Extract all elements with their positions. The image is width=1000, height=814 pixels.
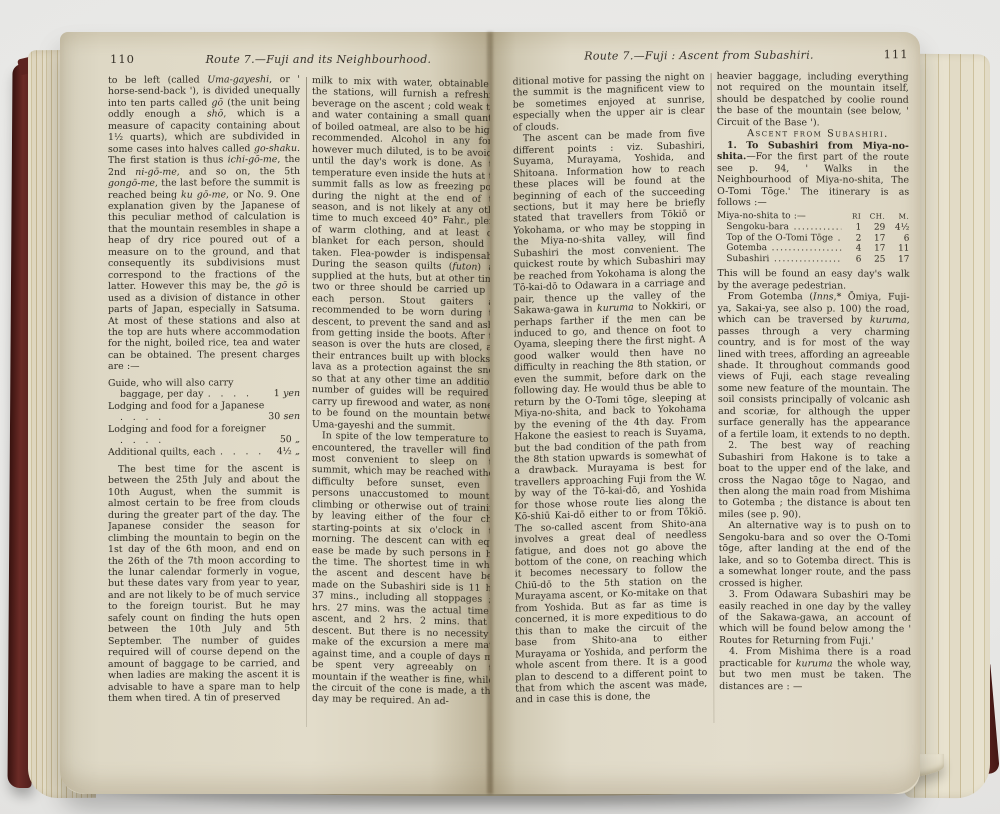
itinerary-place: Top of the O-Tomi Tōge	[717, 233, 841, 244]
page-110-content: 110 Route 7.—Fuji and its Neighbourhood.…	[108, 52, 504, 737]
itinerary-ri: 2	[843, 233, 861, 244]
paragraph: 1. To Subashiri from Miya-no-shita.—For …	[717, 140, 909, 210]
paragraph: 3. From Odawara Subashiri may be easily …	[719, 589, 911, 647]
column-rule	[710, 73, 714, 723]
running-title-left: Route 7.—Fuji and its Neighbourhood.	[135, 53, 502, 66]
charge-label: Guide, who will also carry baggage, per …	[108, 377, 271, 401]
book: 110 Route 7.—Fuji and its Neighbourhood.…	[8, 22, 992, 800]
paragraph: to be left (called Uma-gayeshi, or ' hor…	[108, 74, 300, 373]
charge-row: Guide, who will also carry baggage, per …	[108, 377, 300, 401]
page-111-columns: ditional motive for passing the night on…	[513, 70, 914, 734]
itinerary-label-header: Miya-no-shita to :—	[717, 211, 841, 222]
page-number-left: 110	[110, 52, 135, 66]
paragraph: ditional motive for passing the night on…	[513, 71, 705, 134]
charges-list: Guide, who will also carry baggage, per …	[108, 377, 300, 458]
itinerary-place: Gotemba	[717, 243, 841, 254]
page-number-right: 111	[884, 47, 909, 61]
paragraph: 2. The best way of reaching Subashiri fr…	[718, 440, 910, 521]
itinerary-table: Miya-no-shita to :— RI CH. M. Sengoku-ba…	[717, 211, 909, 265]
page-110-column-1: to be left (called Uma-gayeshi, or ' hor…	[108, 74, 300, 737]
open-pages: 110 Route 7.—Fuji and its Neighbourhood.…	[60, 32, 920, 794]
itinerary-ch: 29	[863, 223, 885, 234]
paragraph: From Gotemba (Inns,* Ōmiya, Fuji-ya, Sak…	[718, 291, 911, 441]
itinerary-ri: 6	[843, 254, 861, 265]
itinerary-col-ch: CH.	[863, 212, 885, 223]
page-111-column-1: ditional motive for passing the night on…	[513, 71, 708, 739]
itinerary-row: Gotemba 4 17 11	[717, 243, 909, 254]
charge-row: Lodging and food for a Japanese 30 sen	[108, 400, 300, 424]
itinerary-m: 11	[887, 244, 909, 255]
page-111: Route 7.—Fuji : Ascent from Subashiri. 1…	[490, 32, 920, 794]
itinerary-place: Sengoku-bara	[717, 222, 841, 233]
charge-label: Lodging and food for a Japanese	[108, 400, 265, 424]
charge-unit: sen	[284, 411, 300, 422]
paragraph: heavier baggage, including everything no…	[717, 71, 909, 129]
page-110-columns: to be left (called Uma-gayeshi, or ' hor…	[108, 75, 504, 737]
page-110-column-2: milk to mix with water, obtainable at th…	[312, 75, 504, 741]
page-110-header: 110 Route 7.—Fuji and its Neighbourhood.	[110, 52, 502, 66]
running-title-right: Route 7.—Fuji : Ascent from Subashiri.	[515, 48, 884, 63]
page-111-header: Route 7.—Fuji : Ascent from Subashiri. 1…	[515, 47, 909, 63]
itinerary-m: 4½	[887, 223, 909, 234]
charge-unit: „	[295, 445, 300, 456]
itinerary-ch: 17	[863, 233, 885, 244]
charge-unit: „	[295, 434, 300, 445]
itinerary-row: Top of the O-Tomi Tōge 2 17 6	[717, 233, 909, 244]
itinerary-ch: 17	[863, 244, 885, 255]
page-111-content: Route 7.—Fuji : Ascent from Subashiri. 1…	[513, 47, 914, 734]
charge-value: 30	[268, 411, 280, 422]
paragraph: The ascent can be made from five differe…	[513, 128, 707, 706]
itinerary-row: Sengoku-bara 1 29 4½	[717, 222, 909, 233]
paragraph: This will be found an easy day's walk by…	[717, 268, 909, 292]
itinerary-col-m: M.	[887, 212, 909, 223]
charge-unit: yen	[283, 388, 300, 399]
paragraph: The best time for the ascent is between …	[108, 463, 300, 705]
photo-background: 110 Route 7.—Fuji and its Neighbourhood.…	[0, 0, 1000, 814]
column-rule	[306, 77, 307, 727]
itinerary-place: Subashiri	[717, 254, 841, 265]
itinerary-m: 17	[887, 255, 909, 266]
paragraph: In spite of the low temperature to be en…	[312, 430, 504, 709]
itinerary-col-ri: RI	[843, 212, 861, 223]
page-111-column-2: heavier baggage, including everything no…	[717, 71, 912, 734]
itinerary-ch: 25	[863, 254, 885, 265]
itinerary-ri: 4	[843, 244, 861, 255]
page-110: 110 Route 7.—Fuji and its Neighbourhood.…	[60, 32, 490, 794]
itinerary-m: 6	[887, 233, 909, 244]
charge-label: Lodging and food for a foreigner	[108, 423, 277, 447]
paragraph: 4. From Mishima there is a road practica…	[719, 646, 911, 693]
charge-value: 50	[280, 434, 292, 445]
charge-row: Lodging and food for a foreigner 50 „	[108, 423, 300, 447]
itinerary-ri: 1	[843, 223, 861, 234]
section-heading: Ascent from Subashiri.	[717, 128, 909, 140]
itinerary-row: Subashiri 6 25 17	[717, 254, 909, 265]
charge-row: Additional quilts, each 4½ „	[108, 445, 300, 457]
paragraph: milk to mix with water, obtainable at th…	[312, 75, 504, 434]
charge-value: 4½	[277, 446, 292, 457]
paragraph: An alternative way is to push on to Seng…	[719, 520, 911, 590]
itinerary-header-row: Miya-no-shita to :— RI CH. M.	[717, 211, 909, 222]
charge-value: 1	[274, 388, 280, 399]
charge-label: Additional quilts, each	[108, 446, 274, 458]
